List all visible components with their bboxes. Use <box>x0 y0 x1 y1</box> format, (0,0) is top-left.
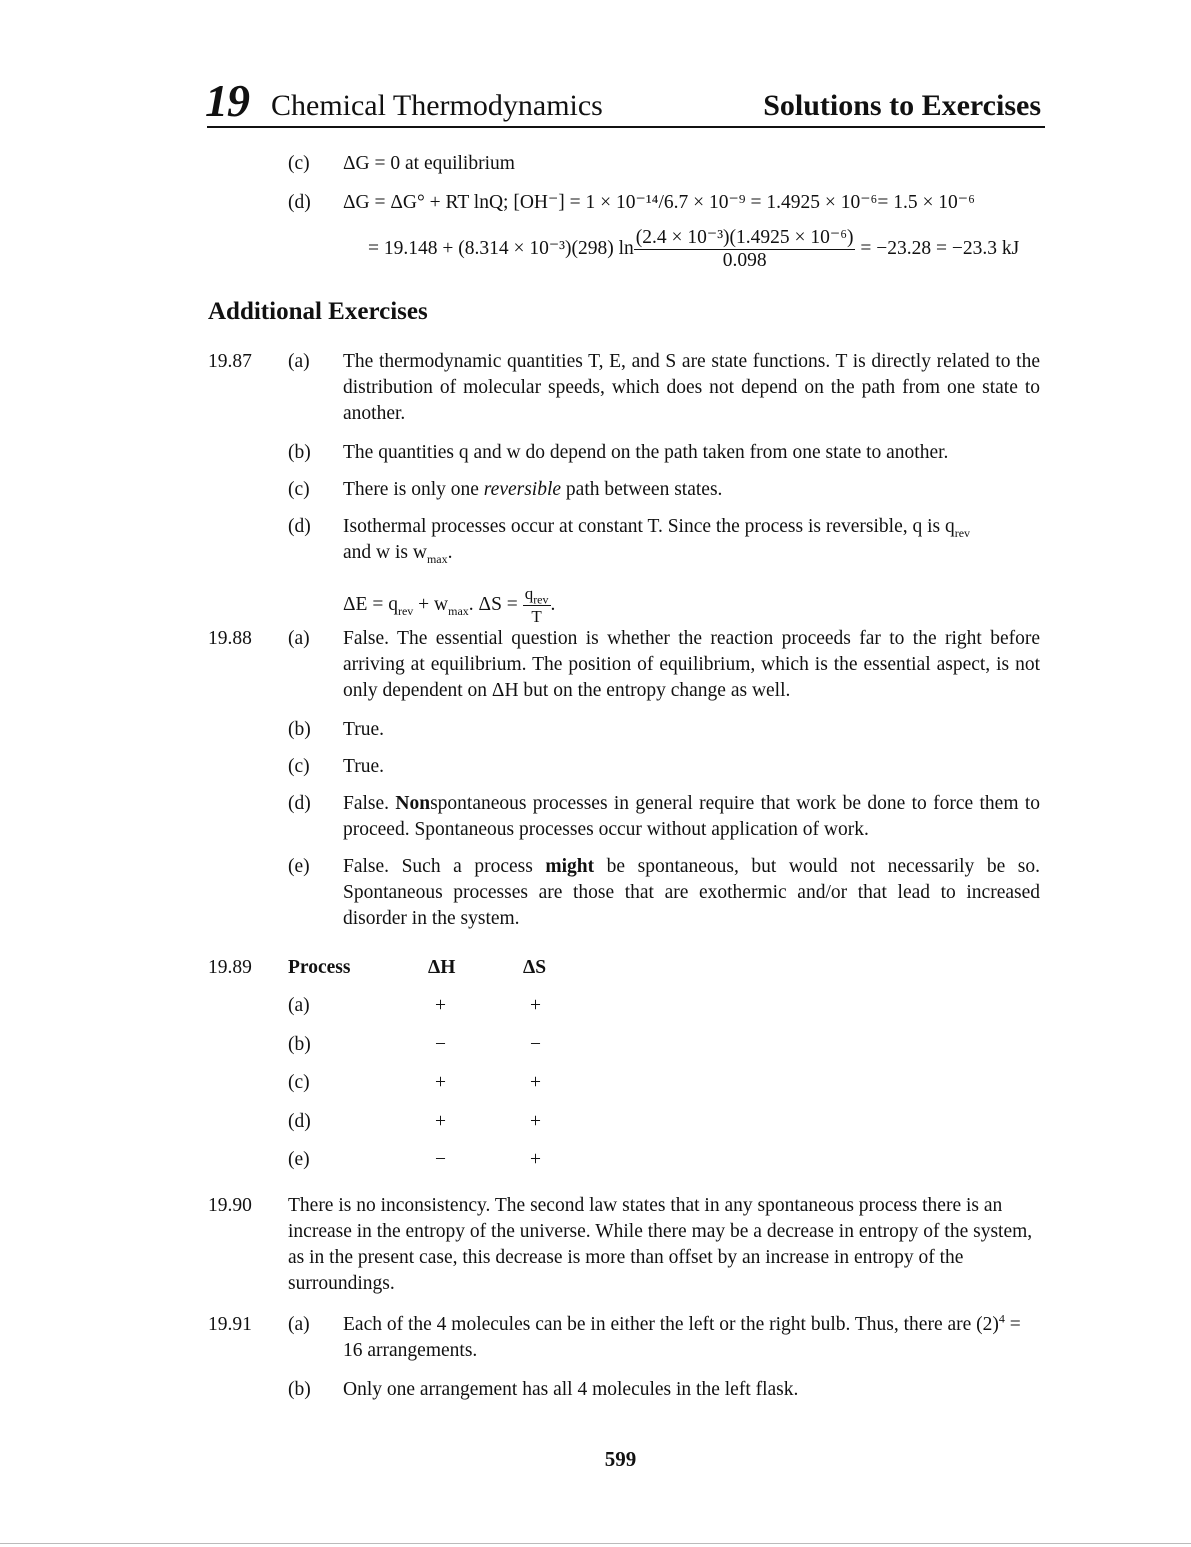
part-label: (b) <box>288 1377 311 1403</box>
table-row-label: (a) <box>288 993 310 1019</box>
subscript: max <box>427 552 448 566</box>
italic-term: reversible <box>484 479 561 500</box>
eq-part: ΔE = q <box>343 594 398 615</box>
answer-text: True. <box>343 717 1040 743</box>
carryover-c-label: (c) <box>288 151 310 177</box>
table-row-label: (e) <box>288 1147 310 1173</box>
eq-fraction: (2.4 × 10⁻³)(1.4925 × 10⁻⁶)0.098 <box>634 227 856 272</box>
section-title: Solutions to Exercises <box>763 91 1041 121</box>
subscript: max <box>448 604 469 618</box>
text-segment: There is only one <box>343 479 484 500</box>
carryover-d-label: (d) <box>288 190 311 216</box>
text-segment: spontaneous processes in general require… <box>343 793 1040 840</box>
exercise-number: 19.91 <box>208 1312 252 1338</box>
page-bottom-edge <box>0 1543 1191 1544</box>
entropy-equation: ΔE = qrev + wmax. ΔS = qrevT. <box>343 583 555 628</box>
page-number: 599 <box>0 1447 1191 1472</box>
carryover-c-text: ΔG = 0 at equilibrium <box>343 151 1040 177</box>
text-segment: Isothermal processes occur at constant T… <box>343 516 955 537</box>
table-cell: + <box>530 993 541 1019</box>
subscript: rev <box>955 526 970 540</box>
table-header: ΔS <box>523 955 546 981</box>
text-segment: path between states. <box>561 479 722 500</box>
table-cell: + <box>530 1070 541 1096</box>
subscript: rev <box>398 604 413 618</box>
eq-denominator: T <box>523 606 551 628</box>
eq-denominator: 0.098 <box>634 250 856 272</box>
part-label: (e) <box>288 854 310 880</box>
table-cell: + <box>530 1109 541 1135</box>
answer-text: Each of the 4 molecules can be in either… <box>343 1312 1040 1364</box>
eq-part: . ΔS = <box>469 594 523 615</box>
table-cell: + <box>435 993 446 1019</box>
table-row-label: (d) <box>288 1109 311 1135</box>
answer-text: There is no inconsistency. The second la… <box>288 1193 1040 1297</box>
table-cell: − <box>435 1032 446 1058</box>
part-label: (b) <box>288 440 311 466</box>
table-row-label: (b) <box>288 1032 311 1058</box>
exercise-number: 19.89 <box>208 955 252 981</box>
answer-text: The thermodynamic quantities T, E, and S… <box>343 349 1040 427</box>
eq-numerator: qrev <box>523 583 551 606</box>
exercise-number: 19.88 <box>208 626 252 652</box>
table-cell: − <box>530 1032 541 1058</box>
answer-text: False. Nonspontaneous processes in gener… <box>343 791 1040 843</box>
text-segment: Each of the 4 molecules can be in either… <box>343 1314 999 1335</box>
eq-part: + w <box>413 594 448 615</box>
part-label: (a) <box>288 626 310 652</box>
text-segment: . <box>448 542 453 563</box>
eq-suffix: = −23.28 = −23.3 kJ <box>860 238 1019 259</box>
part-label: (c) <box>288 477 310 503</box>
answer-text: The quantities q and w do depend on the … <box>343 440 1040 466</box>
table-header: ΔH <box>428 955 455 981</box>
text-segment: False. <box>343 793 395 814</box>
part-label: (a) <box>288 349 310 375</box>
eq-part: . <box>551 594 556 615</box>
part-label: (d) <box>288 514 311 540</box>
exercise-number: 19.90 <box>208 1193 252 1219</box>
answer-text: False. Such a process might be spontaneo… <box>343 854 1040 932</box>
answer-text: True. <box>343 754 1040 780</box>
table-header: Process <box>288 955 350 981</box>
part-label: (c) <box>288 754 310 780</box>
table-cell: + <box>435 1070 446 1096</box>
part-label: (b) <box>288 717 311 743</box>
part-label: (a) <box>288 1312 310 1338</box>
text-segment: and w is w <box>343 542 427 563</box>
chapter-title: Chemical Thermodynamics <box>271 91 603 121</box>
carryover-d-line1: ΔG = ΔG° + RT lnQ; [OH⁻] = 1 × 10⁻¹⁴/6.7… <box>343 190 1040 216</box>
section-heading: Additional Exercises <box>208 298 428 326</box>
bold-term: Non <box>395 793 430 814</box>
table-row-label: (c) <box>288 1070 310 1096</box>
text-segment: False. Such a process <box>343 856 545 877</box>
exercise-number: 19.87 <box>208 349 252 375</box>
part-label: (d) <box>288 791 311 817</box>
header-rule <box>207 126 1045 128</box>
carryover-d-equation: = 19.148 + (8.314 × 10⁻³)(298) ln(2.4 × … <box>368 227 1019 272</box>
table-cell: + <box>530 1147 541 1173</box>
bold-term: might <box>545 856 594 877</box>
table-cell: + <box>435 1109 446 1135</box>
chapter-number: 19 <box>205 78 249 124</box>
eq-numerator: (2.4 × 10⁻³)(1.4925 × 10⁻⁶) <box>634 227 856 250</box>
table-cell: − <box>435 1147 446 1173</box>
eq-fraction: qrevT <box>523 583 551 628</box>
answer-text: Only one arrangement has all 4 molecules… <box>343 1377 1040 1403</box>
answer-text: There is only one reversible path betwee… <box>343 477 1040 503</box>
eq-prefix: = 19.148 + (8.314 × 10⁻³)(298) ln <box>368 238 634 259</box>
answer-text: Isothermal processes occur at constant T… <box>343 514 1040 566</box>
answer-text: False. The essential question is whether… <box>343 626 1040 704</box>
